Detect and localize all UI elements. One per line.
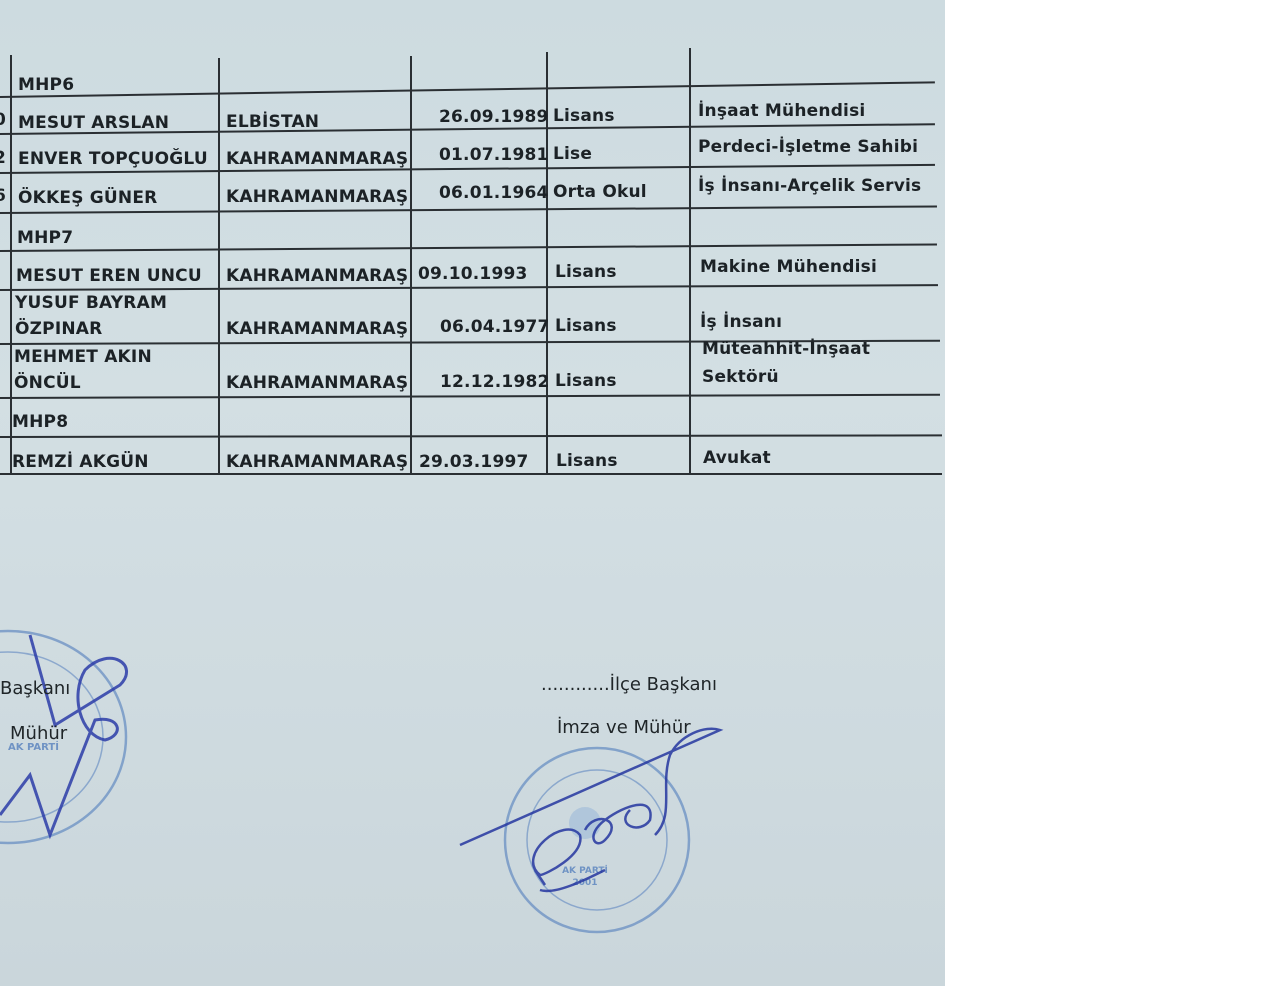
column-divider	[218, 58, 220, 475]
table-rule	[0, 394, 940, 399]
candidate-education: Lisans	[555, 315, 617, 337]
candidate-place: KAHRAMANMARAŞ	[226, 186, 408, 208]
table-rule	[0, 434, 942, 438]
candidate-name: ENVER TOPÇUOĞLU	[18, 148, 208, 170]
candidate-profession: İş İnsanı-Arçelik Servis	[698, 175, 921, 197]
candidate-profession: Perdeci-İşletme Sahibi	[698, 136, 918, 158]
candidate-name: REMZİ AKGÜN	[12, 451, 149, 473]
candidate-place: ELBİSTAN	[226, 111, 319, 133]
candidate-profession: Avukat	[703, 447, 771, 469]
candidate-birth-date: 26.09.1989	[439, 106, 549, 128]
row-number: 2	[0, 148, 6, 168]
candidate-profession: Müteahhit-İnşaat	[702, 338, 870, 360]
candidate-name-continued: ÖNCÜL	[14, 372, 81, 394]
candidate-birth-date: 29.03.1997	[419, 451, 529, 473]
candidate-profession: İş İnsanı	[700, 311, 782, 333]
candidate-profession: İnşaat Mühendisi	[698, 100, 865, 122]
table-rule	[0, 81, 935, 98]
candidate-education: Lisans	[555, 370, 617, 392]
candidate-birth-date: 12.12.1982	[440, 371, 550, 393]
candidate-name: MESUT EREN UNCU	[16, 265, 202, 287]
candidate-education: Lisans	[555, 261, 617, 283]
candidate-place: KAHRAMANMARAŞ	[226, 318, 408, 340]
candidate-name: MEHMET AKIN	[14, 346, 152, 368]
candidate-name-continued: ÖZPINAR	[15, 318, 102, 340]
candidate-name: YUSUF BAYRAM	[15, 292, 167, 314]
district-chair-title: ............İlçe Başkanı	[541, 674, 717, 695]
candidate-profession-continued: Sektörü	[702, 366, 779, 388]
document-photo: 0 2 6 MHP6 MESUT ARSLAN ELBİSTAN 26.09.1…	[0, 0, 945, 986]
row-number: 6	[0, 186, 6, 206]
column-divider	[689, 48, 691, 475]
row-number: 0	[0, 110, 6, 130]
candidate-education: Orta Okul	[553, 181, 647, 203]
candidate-name: ÖKKEŞ GÜNER	[18, 187, 157, 209]
candidate-birth-date: 01.07.1981	[439, 144, 549, 166]
left-signature-subtitle: Mühür	[10, 723, 67, 744]
candidate-birth-date: 06.01.1964	[439, 182, 549, 204]
left-signature-title: Başkanı	[0, 678, 70, 699]
candidate-place: KAHRAMANMARAŞ	[226, 265, 408, 287]
svg-text:AK PARTİ: AK PARTİ	[562, 865, 608, 876]
group-label: MHP7	[17, 227, 73, 249]
group-label: MHP6	[18, 74, 74, 96]
candidate-place: KAHRAMANMARAŞ	[226, 451, 408, 473]
candidate-profession: Makine Mühendisi	[700, 256, 877, 278]
right-stamp-icon: AK PARTİ 2001	[455, 725, 735, 965]
candidate-place: KAHRAMANMARAŞ	[226, 148, 408, 170]
candidate-table: 0 2 6 MHP6 MESUT ARSLAN ELBİSTAN 26.09.1…	[0, 0, 945, 480]
table-rule	[0, 243, 937, 252]
candidate-birth-date: 09.10.1993	[418, 263, 528, 285]
candidate-birth-date: 06.04.1977	[440, 316, 550, 338]
candidate-name: MESUT ARSLAN	[18, 112, 169, 134]
candidate-education: Lisans	[556, 450, 618, 472]
left-stamp-center-text: AK PARTİ	[8, 742, 59, 753]
table-rule	[0, 473, 942, 475]
candidate-place: KAHRAMANMARAŞ	[226, 372, 408, 394]
group-label: MHP8	[12, 411, 68, 433]
candidate-education: Lise	[553, 143, 592, 165]
column-divider	[410, 56, 412, 475]
candidate-education: Lisans	[553, 105, 615, 127]
